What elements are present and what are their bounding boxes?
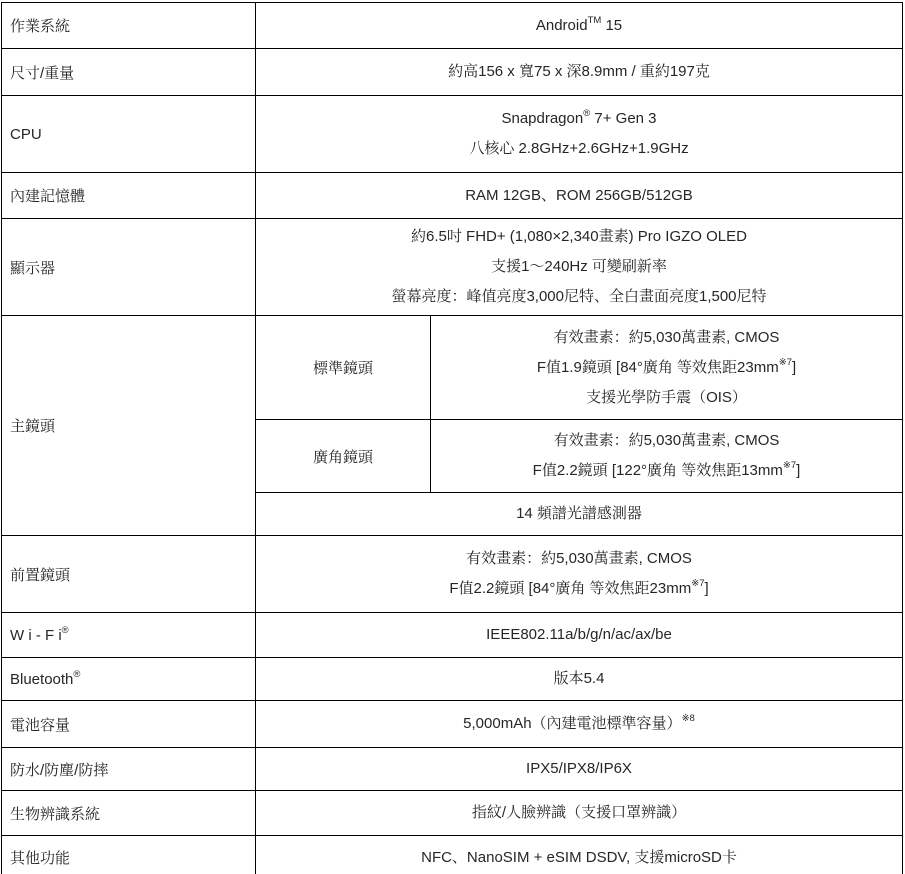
biometrics-label: 生物辨識系統 [10,806,100,823]
spec-row-battery: 電池容量 5,000mAh（內建電池標準容量）※8 [2,701,903,748]
registered-superscript: ® [62,625,69,636]
main-camera-label: 主鏡頭 [10,418,55,435]
wide-lens-value-cell: 有效畫素：約5,030萬畫素, CMOS F值2.2鏡頭 [122°廣角 等效焦… [431,420,903,493]
battery-label: 電池容量 [10,717,70,734]
memory-value-cell: RAM 12GB、ROM 256GB/512GB [256,173,903,219]
os-value-text: Android [536,17,588,34]
battery-value-cell: 5,000mAh（內建電池標準容量）※8 [256,701,903,748]
footnote-7-superscript: ※7 [691,578,704,589]
wide-lens-aperture-text: F值2.2鏡頭 [122°廣角 等效焦距13mm [533,462,783,479]
spec-row-durability: 防水/防塵/防摔 IPX5/IPX8/IP6X [2,748,903,791]
memory-label: 內建記憶體 [10,188,85,205]
durability-label-cell: 防水/防塵/防摔 [2,748,256,791]
cpu-chip-model: 7+ Gen 3 [590,110,656,127]
front-camera-pixels: 有效畫素：約5,030萬畫素, CMOS [264,544,894,574]
wifi-label-text: W i - F i [10,627,62,644]
bluetooth-value: 版本5.4 [554,670,605,687]
cpu-label: CPU [10,126,42,143]
dimensions-label: 尺寸/重量 [10,65,74,82]
standard-lens-aperture: F值1.9鏡頭 [84°廣角 等效焦距23mm※7] [439,353,894,383]
standard-lens-label-cell: 標準鏡頭 [256,316,431,420]
battery-value-text: 5,000mAh（內建電池標準容量） [463,715,681,732]
bluetooth-label: Bluetooth® [10,671,80,688]
os-value: AndroidTM 15 [536,17,622,34]
spec-sheet-page: 作業系統 AndroidTM 15 尺寸/重量 約高156 x 寬75 x 深8… [0,0,905,874]
display-label-cell: 顯示器 [2,219,256,316]
front-camera-aperture: F值2.2鏡頭 [84°廣角 等效焦距23mm※7] [264,574,894,604]
wide-lens-label: 廣角鏡頭 [313,449,373,466]
biometrics-label-cell: 生物辨識系統 [2,791,256,836]
tm-superscript: TM [588,15,602,26]
main-camera-label-cell: 主鏡頭 [2,316,256,536]
spec-row-memory: 內建記憶體 RAM 12GB、ROM 256GB/512GB [2,173,903,219]
front-camera-aperture-close: ] [704,580,708,597]
os-value-cell: AndroidTM 15 [256,3,903,49]
bluetooth-label-cell: Bluetooth® [2,658,256,701]
spec-row-other: 其他功能 NFC、NanoSIM + eSIM DSDV, 支援microSD卡 [2,836,903,874]
spec-row-front-camera: 前置鏡頭 有效畫素：約5,030萬畫素, CMOS F值2.2鏡頭 [84°廣角… [2,536,903,613]
wide-lens-label-cell: 廣角鏡頭 [256,420,431,493]
bluetooth-value-cell: 版本5.4 [256,658,903,701]
durability-value: IPX5/IPX8/IP6X [526,760,632,777]
display-value-cell: 約6.5吋 FHD+ (1,080×2,340畫素) Pro IGZO OLED… [256,219,903,316]
os-value-version: 15 [601,17,622,34]
biometrics-value: 指紋/人臉辨識（支援口罩辨識） [472,804,686,821]
front-camera-aperture-text: F值2.2鏡頭 [84°廣角 等效焦距23mm [449,580,691,597]
front-camera-label-cell: 前置鏡頭 [2,536,256,613]
standard-lens-ois: 支援光學防手震（OIS） [439,383,894,413]
registered-superscript: ® [583,108,590,119]
battery-value: 5,000mAh（內建電池標準容量）※8 [463,715,695,732]
other-features-label-cell: 其他功能 [2,836,256,874]
cpu-value-cell: Snapdragon® 7+ Gen 3 八核心 2.8GHz+2.6GHz+1… [256,96,903,173]
standard-lens-aperture-text: F值1.9鏡頭 [84°廣角 等效焦距23mm [537,359,779,376]
wifi-value-cell: IEEE802.11a/b/g/n/ac/ax/be [256,613,903,658]
wifi-label-cell: W i - F i® [2,613,256,658]
battery-label-cell: 電池容量 [2,701,256,748]
durability-label: 防水/防塵/防摔 [10,762,108,779]
front-camera-value-cell: 有效畫素：約5,030萬畫素, CMOS F值2.2鏡頭 [84°廣角 等效焦距… [256,536,903,613]
cpu-label-cell: CPU [2,96,256,173]
os-label-cell: 作業系統 [2,3,256,49]
memory-value: RAM 12GB、ROM 256GB/512GB [465,187,693,204]
other-features-value: NFC、NanoSIM + eSIM DSDV, 支援microSD卡 [421,849,737,866]
durability-value-cell: IPX5/IPX8/IP6X [256,748,903,791]
cpu-cores: 八核心 2.8GHz+2.6GHz+1.9GHz [264,134,894,164]
standard-lens-aperture-close: ] [792,359,796,376]
footnote-8-superscript: ※8 [682,713,695,724]
spectral-sensor-value: 14 頻譜光譜感測器 [516,505,642,522]
memory-label-cell: 內建記憶體 [2,173,256,219]
spec-row-dimensions: 尺寸/重量 約高156 x 寬75 x 深8.9mm / 重約197克 [2,49,903,96]
front-camera-label: 前置鏡頭 [10,567,70,584]
other-features-label: 其他功能 [10,850,70,867]
dimensions-value: 約高156 x 寬75 x 深8.9mm / 重約197克 [448,63,710,80]
spec-row-biometrics: 生物辨識系統 指紋/人臉辨識（支援口罩辨識） [2,791,903,836]
display-panel-line: 約6.5吋 FHD+ (1,080×2,340畫素) Pro IGZO OLED [264,222,894,252]
standard-lens-value-cell: 有效畫素：約5,030萬畫素, CMOS F值1.9鏡頭 [84°廣角 等效焦距… [431,316,903,420]
wifi-label: W i - F i® [10,627,69,644]
cpu-chip-name: Snapdragon® 7+ Gen 3 [264,104,894,134]
wifi-value: IEEE802.11a/b/g/n/ac/ax/be [486,626,672,643]
phone-spec-table: 作業系統 AndroidTM 15 尺寸/重量 約高156 x 寬75 x 深8… [1,2,903,874]
standard-lens-pixels: 有效畫素：約5,030萬畫素, CMOS [439,323,894,353]
display-refresh-line: 支援1～240Hz 可變刷新率 [264,252,894,282]
spec-row-wifi: W i - F i® IEEE802.11a/b/g/n/ac/ax/be [2,613,903,658]
biometrics-value-cell: 指紋/人臉辨識（支援口罩辨識） [256,791,903,836]
footnote-7-superscript: ※7 [783,460,796,471]
dimensions-label-cell: 尺寸/重量 [2,49,256,96]
spectral-sensor-cell: 14 頻譜光譜感測器 [256,493,903,536]
spec-row-main-camera-standard: 主鏡頭 標準鏡頭 有效畫素：約5,030萬畫素, CMOS F值1.9鏡頭 [8… [2,316,903,420]
bluetooth-label-text: Bluetooth [10,671,73,688]
registered-superscript: ® [73,669,80,680]
cpu-chip-text: Snapdragon [501,110,583,127]
wide-lens-aperture: F值2.2鏡頭 [122°廣角 等效焦距13mm※7] [439,456,894,486]
spec-row-display: 顯示器 約6.5吋 FHD+ (1,080×2,340畫素) Pro IGZO … [2,219,903,316]
other-features-value-cell: NFC、NanoSIM + eSIM DSDV, 支援microSD卡 [256,836,903,874]
standard-lens-label: 標準鏡頭 [313,360,373,377]
display-label: 顯示器 [10,260,55,277]
display-brightness-line: 螢幕亮度：峰值亮度3,000尼特、全白畫面亮度1,500尼特 [264,282,894,312]
spec-row-bluetooth: Bluetooth® 版本5.4 [2,658,903,701]
wide-lens-pixels: 有效畫素：約5,030萬畫素, CMOS [439,426,894,456]
os-label: 作業系統 [10,18,70,35]
dimensions-value-cell: 約高156 x 寬75 x 深8.9mm / 重約197克 [256,49,903,96]
footnote-7-superscript: ※7 [779,357,792,368]
spec-row-cpu: CPU Snapdragon® 7+ Gen 3 八核心 2.8GHz+2.6G… [2,96,903,173]
wide-lens-aperture-close: ] [796,462,800,479]
spec-row-os: 作業系統 AndroidTM 15 [2,3,903,49]
